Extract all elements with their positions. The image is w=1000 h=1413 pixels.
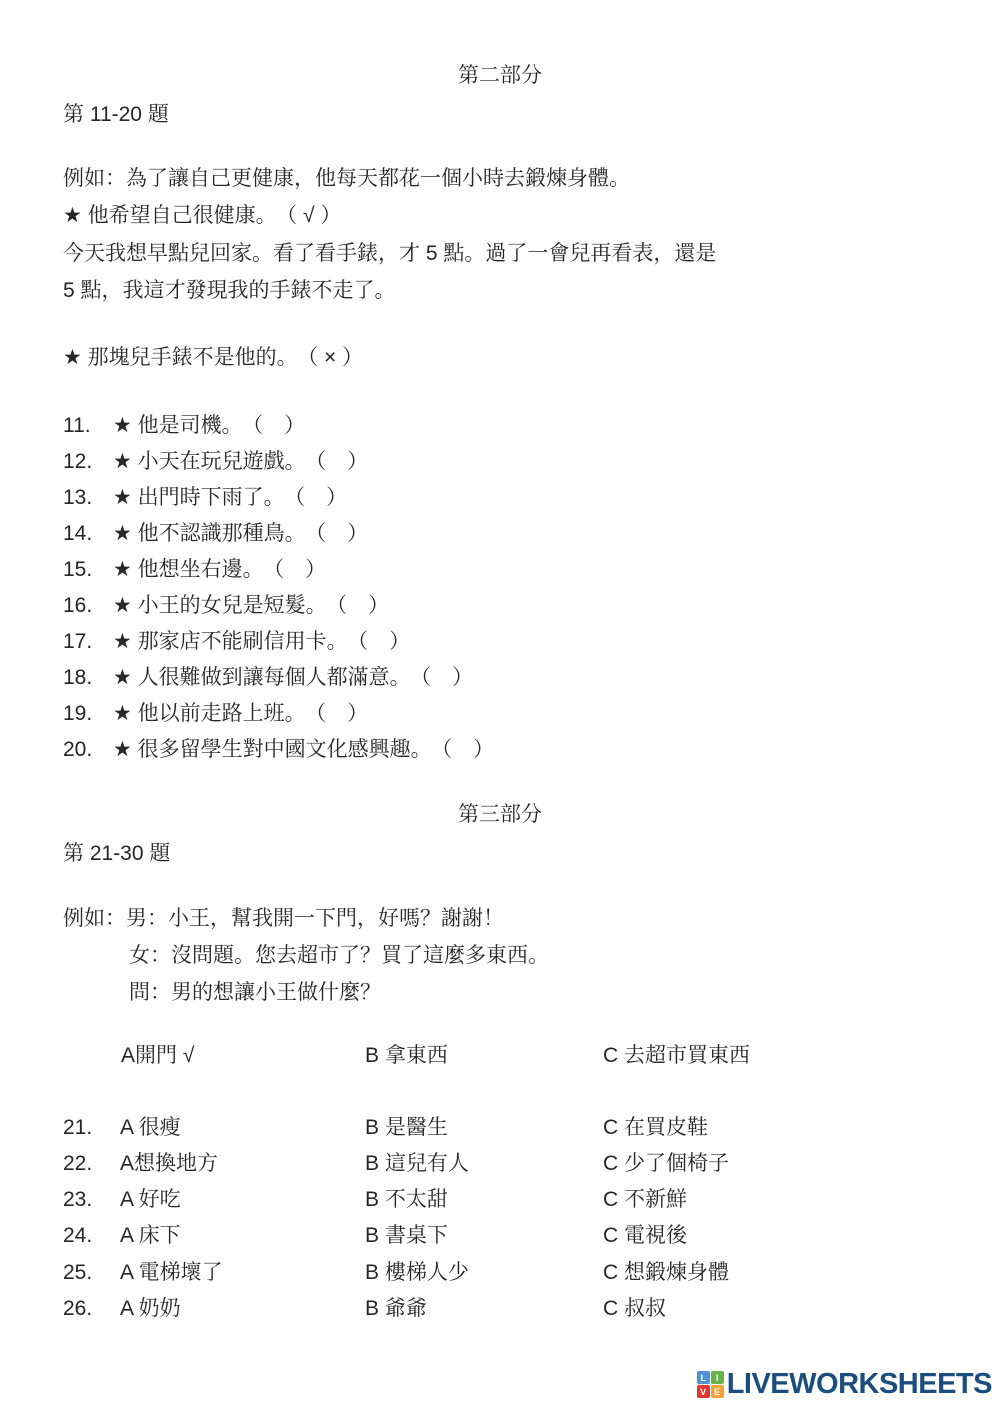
item-number: 11.: [63, 414, 91, 438]
option-a[interactable]: A 很瘦: [120, 1116, 181, 1140]
item-number: 13.: [63, 486, 92, 510]
statement-cell: ★ 那家店不能刷信用卡。（ ）: [113, 630, 410, 654]
statement-text: ★ 小天在玩兒遊戲。: [113, 450, 306, 473]
liveworksheets-grid-icon: L I V E: [697, 1371, 724, 1398]
example2-answer: （ × ）: [308, 346, 363, 369]
option-a[interactable]: A 奶奶: [120, 1297, 181, 1321]
statement-text: ★ 他以前走路上班。: [113, 702, 306, 725]
option-b[interactable]: B 爺爺: [365, 1297, 427, 1321]
item-number: 21.: [63, 1116, 92, 1140]
option-a[interactable]: A想換地方: [120, 1152, 218, 1176]
answer-blank[interactable]: （ ）: [358, 630, 411, 653]
answer-blank[interactable]: （ ）: [316, 522, 369, 545]
answer-blank[interactable]: （ ）: [337, 594, 390, 617]
example-option-c: C 去超市買東西: [603, 1044, 750, 1068]
item-number: 22.: [63, 1152, 92, 1176]
option-b[interactable]: B 這兒有人: [365, 1152, 469, 1176]
statement-text: ★ 他是司機。: [113, 414, 243, 437]
example1-statement: ★ 他希望自己很健康。: [63, 204, 277, 227]
statement-cell: ★ 他是司機。（ ）: [113, 414, 305, 438]
item-number: 14.: [63, 522, 92, 546]
part2-example1-statement-line: ★ 他希望自己很健康。（ √ ）: [63, 204, 341, 228]
statement-text: ★ 人很難做到讓每個人都滿意。: [113, 666, 411, 689]
dialogue-line-woman: 女：沒問題。您去超市了？買了這麼多東西。: [129, 944, 549, 968]
answer-blank[interactable]: （ ）: [274, 558, 327, 581]
part2-example1-sentence: 例如：為了讓自己更健康，他每天都花一個小時去鍛煉身體。: [63, 167, 630, 191]
brand-name: LIVEWORKSHEETS: [727, 1368, 992, 1401]
statement-text: ★ 他想坐右邊。: [113, 558, 264, 581]
example-option-a: A開門 √: [121, 1044, 194, 1068]
example-option-b: B 拿東西: [365, 1044, 448, 1068]
item-number: 16.: [63, 594, 92, 618]
option-c[interactable]: C 在買皮鞋: [603, 1116, 708, 1140]
liveworksheets-logo[interactable]: L I V E LIVEWORKSHEETS: [697, 1368, 992, 1401]
item-number: 17.: [63, 630, 92, 654]
part2-example2-passage-line2: 5 點，我這才發現我的手錶不走了。: [63, 279, 396, 303]
statement-text: ★ 他不認識那種鳥。: [113, 522, 306, 545]
statement-cell: ★ 小天在玩兒遊戲。（ ）: [113, 450, 368, 474]
option-b[interactable]: B 是醫生: [365, 1116, 448, 1140]
statement-cell: ★ 他想坐右邊。（ ）: [113, 558, 326, 582]
item-number: 18.: [63, 666, 92, 690]
part3-title: 第三部分: [0, 803, 1000, 827]
item-number: 25.: [63, 1261, 92, 1285]
logo-square-l: L: [697, 1371, 710, 1384]
option-b[interactable]: B 樓梯人少: [365, 1261, 469, 1285]
answer-blank[interactable]: （ ）: [295, 486, 348, 509]
item-number: 12.: [63, 450, 92, 474]
answer-blank[interactable]: （ ）: [253, 414, 306, 437]
worksheet-page: 第二部分 第 11-20 題 例如：為了讓自己更健康，他每天都花一個小時去鍛煉身…: [0, 0, 1000, 1413]
logo-square-i: I: [711, 1371, 724, 1384]
part2-example2-passage-line1: 今天我想早點兒回家。看了看手錶，才 5 點。過了一會兒再看表，還是: [63, 242, 716, 266]
item-number: 15.: [63, 558, 92, 582]
statement-cell: ★ 他以前走路上班。（ ）: [113, 702, 368, 726]
option-b[interactable]: B 不太甜: [365, 1188, 448, 1212]
statement-text: ★ 那家店不能刷信用卡。: [113, 630, 348, 653]
item-number: 26.: [63, 1297, 92, 1321]
answer-blank[interactable]: （ ）: [421, 666, 474, 689]
answer-blank[interactable]: （ ）: [316, 450, 369, 473]
option-a[interactable]: A 好吃: [120, 1188, 181, 1212]
answer-blank[interactable]: （ ）: [316, 702, 369, 725]
option-b[interactable]: B 書桌下: [365, 1224, 448, 1248]
example1-answer: （ √ ）: [287, 204, 342, 227]
item-number: 19.: [63, 702, 92, 726]
answer-blank[interactable]: （ ）: [442, 738, 495, 761]
option-c[interactable]: C 不新鮮: [603, 1188, 687, 1212]
part2-title: 第二部分: [0, 64, 1000, 88]
logo-square-v: V: [697, 1385, 710, 1398]
example2-statement: ★ 那塊兒手錶不是他的。: [63, 346, 298, 369]
dialogue-line-question: 問：男的想讓小王做什麼？: [129, 981, 381, 1005]
option-c[interactable]: C 少了個椅子: [603, 1152, 729, 1176]
option-a[interactable]: A 電梯壞了: [120, 1261, 223, 1285]
option-c[interactable]: C 電視後: [603, 1224, 687, 1248]
statement-cell: ★ 小王的女兒是短髮。（ ）: [113, 594, 389, 618]
logo-square-e: E: [711, 1385, 724, 1398]
part2-range-label: 第 11-20 題: [63, 103, 169, 127]
option-a[interactable]: A 床下: [120, 1224, 181, 1248]
dialogue-line-man: 例如：男：小王，幫我開一下門，好嗎？謝謝！: [63, 907, 504, 931]
statement-text: ★ 出門時下雨了。: [113, 486, 285, 509]
part2-example2-statement-line: ★ 那塊兒手錶不是他的。（ × ）: [63, 346, 363, 370]
part3-range-label: 第 21-30 題: [63, 842, 170, 866]
statement-cell: ★ 出門時下雨了。（ ）: [113, 486, 347, 510]
statement-cell: ★ 人很難做到讓每個人都滿意。（ ）: [113, 666, 473, 690]
option-c[interactable]: C 叔叔: [603, 1297, 666, 1321]
statement-cell: ★ 他不認識那種鳥。（ ）: [113, 522, 368, 546]
item-number: 20.: [63, 738, 92, 762]
statement-text: ★ 小王的女兒是短髮。: [113, 594, 327, 617]
item-number: 24.: [63, 1224, 92, 1248]
item-number: 23.: [63, 1188, 92, 1212]
statement-text: ★ 很多留學生對中國文化感興趣。: [113, 738, 432, 761]
statement-cell: ★ 很多留學生對中國文化感興趣。（ ）: [113, 738, 494, 762]
option-c[interactable]: C 想鍛煉身體: [603, 1261, 729, 1285]
